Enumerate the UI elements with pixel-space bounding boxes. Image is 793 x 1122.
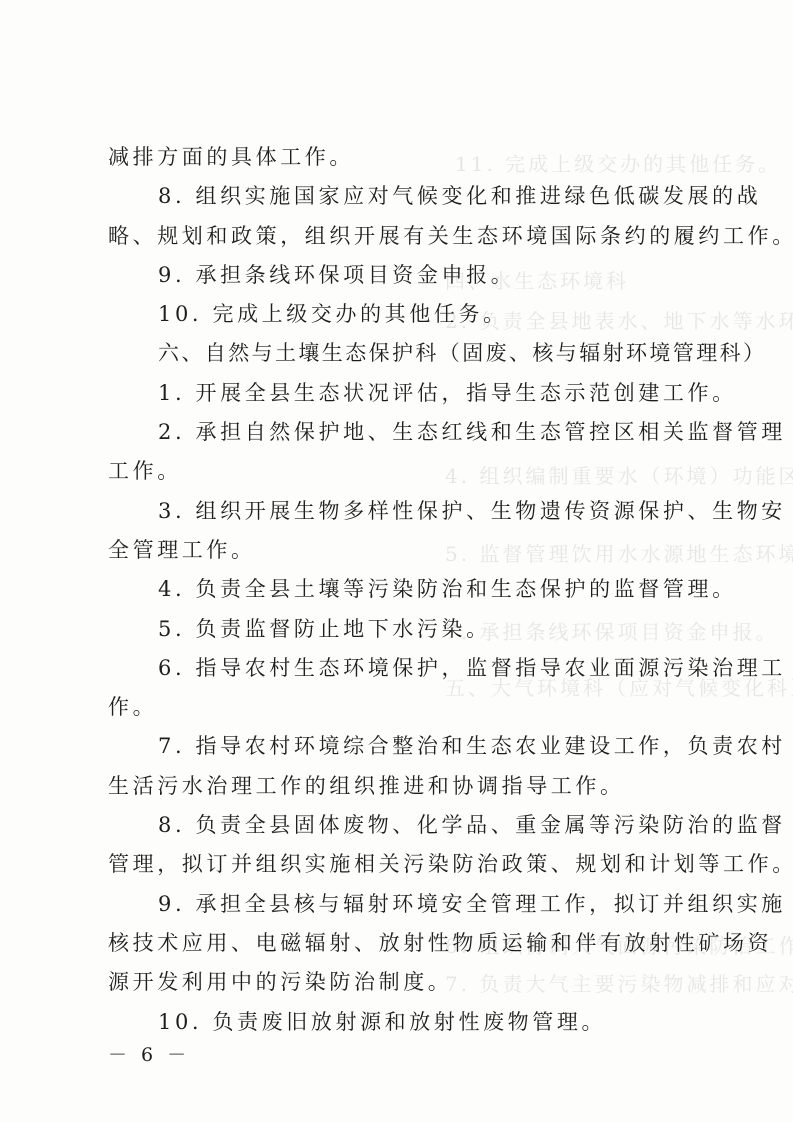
text-line: 略、规划和政策，组织开展有关生态环境国际条约的履约工作。 [108, 217, 698, 256]
section-heading: 六、自然与土壤生态保护科（固废、核与辐射环境管理科） [108, 334, 698, 373]
list-item-5: 5. 负责监督防止地下水污染。 [108, 610, 698, 649]
list-item-8: 8. 负责全县固体废物、化学品、重金属等污染防治的监督 [108, 806, 698, 845]
text-line: 作。 [108, 688, 698, 727]
text-line: 生活污水治理工作的组织推进和协调指导工作。 [108, 767, 698, 806]
text-line: 管理，拟订并组织实施相关污染防治政策、规划和计划等工作。 [108, 845, 698, 884]
text-line: 工作。 [108, 452, 698, 491]
list-item-2: 2. 承担自然保护地、生态红线和生态管控区相关监督管理 [108, 413, 698, 452]
list-item-4: 4. 负责全县土壤等污染防治和生态保护的监督管理。 [108, 570, 698, 609]
list-item-9: 9. 承担条线环保项目资金申报。 [108, 256, 698, 295]
text-line: 源开发利用中的污染防治制度。 [108, 963, 698, 1002]
list-item-10: 10. 完成上级交办的其他任务。 [108, 295, 698, 334]
text-line: 全管理工作。 [108, 531, 698, 570]
list-item-1: 1. 开展全县生态状况评估，指导生态示范创建工作。 [108, 374, 698, 413]
list-item-6: 6. 指导农村生态环境保护，监督指导农业面源污染治理工 [108, 649, 698, 688]
document-body: 减排方面的具体工作。 8. 组织实施国家应对气候变化和推进绿色低碳发展的战 略、… [108, 138, 698, 1042]
list-item-3: 3. 组织开展生物多样性保护、生物遗传资源保护、生物安 [108, 492, 698, 531]
list-item-10: 10. 负责废旧放射源和放射性废物管理。 [108, 1003, 698, 1042]
text-line: 核技术应用、电磁辐射、放射性物质运输和伴有放射性矿场资 [108, 924, 698, 963]
list-item-9: 9. 承担全县核与辐射环境安全管理工作，拟订并组织实施 [108, 885, 698, 924]
list-item-7: 7. 指导农村环境综合整治和生态农业建设工作，负责农村 [108, 727, 698, 766]
text-line: 减排方面的具体工作。 [108, 138, 698, 177]
list-item-8: 8. 组织实施国家应对气候变化和推进绿色低碳发展的战 [108, 177, 698, 216]
page-number: － 6 － [108, 1040, 190, 1067]
document-page: 11. 完成上级交办的其他任务。 四、水生态环境科 2. 负责全县地表水、地下水… [0, 0, 793, 1122]
